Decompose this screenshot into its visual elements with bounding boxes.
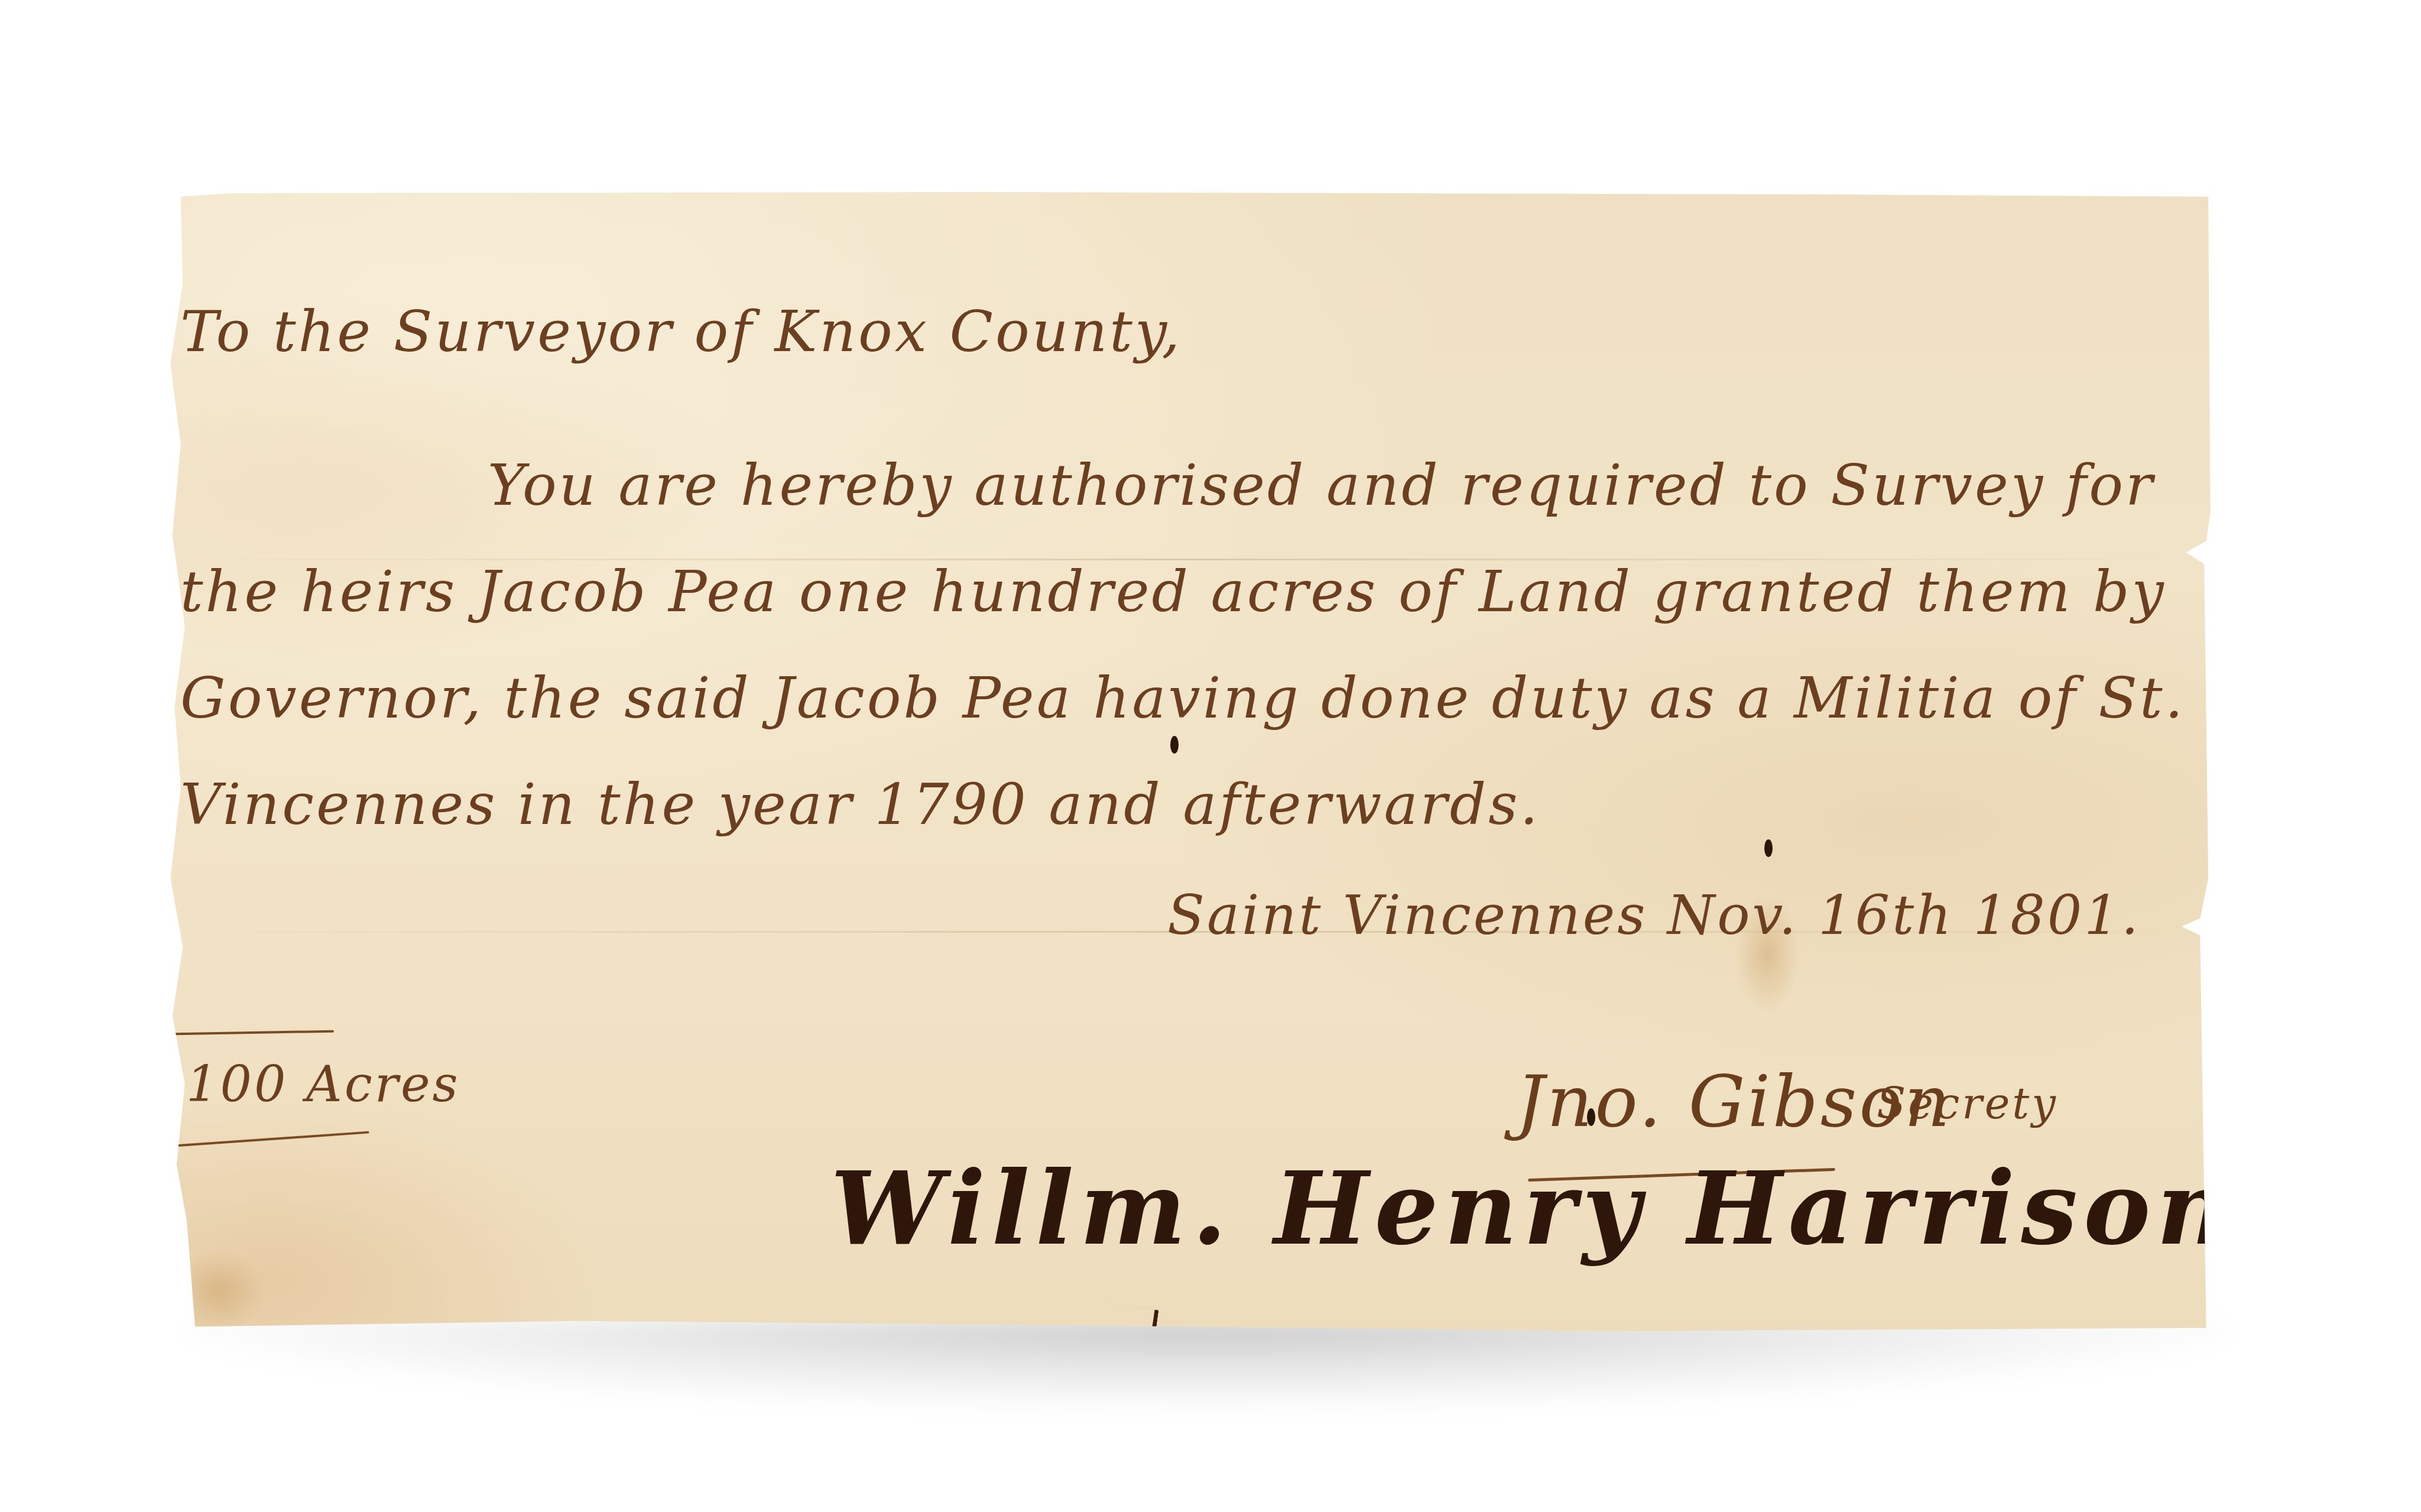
water-stain [171, 1250, 266, 1333]
paper-shadow [189, 1318, 2228, 1407]
body-line: the heirs Jacob Pea one hundred acres of… [180, 559, 2166, 625]
secretary-title: Secrety [1877, 1079, 2058, 1128]
place-and-date: Saint Vincennes Nov. 16th 1801. [1167, 884, 2141, 947]
ink-blot [1170, 736, 1179, 754]
margin-note-acres: 100 Acres [186, 1055, 460, 1113]
body-line: Governor, the said Jacob Pea having done… [180, 665, 2185, 731]
body-line: You are hereby authorised and required t… [488, 452, 2155, 518]
body-line: Vincennes in the year 1790 and afterward… [180, 771, 1540, 838]
ink-blot [1764, 839, 1773, 857]
governor-signature: Willm. Henry Harrison [830, 1150, 2235, 1268]
ink-blot [1587, 1108, 1595, 1126]
manuscript-document: To the Surveyor of Knox County, You are … [168, 192, 2216, 1336]
margin-rule [174, 1030, 334, 1036]
salutation: To the Surveyor of Knox County, [180, 298, 1182, 365]
margin-rule [174, 1131, 369, 1147]
